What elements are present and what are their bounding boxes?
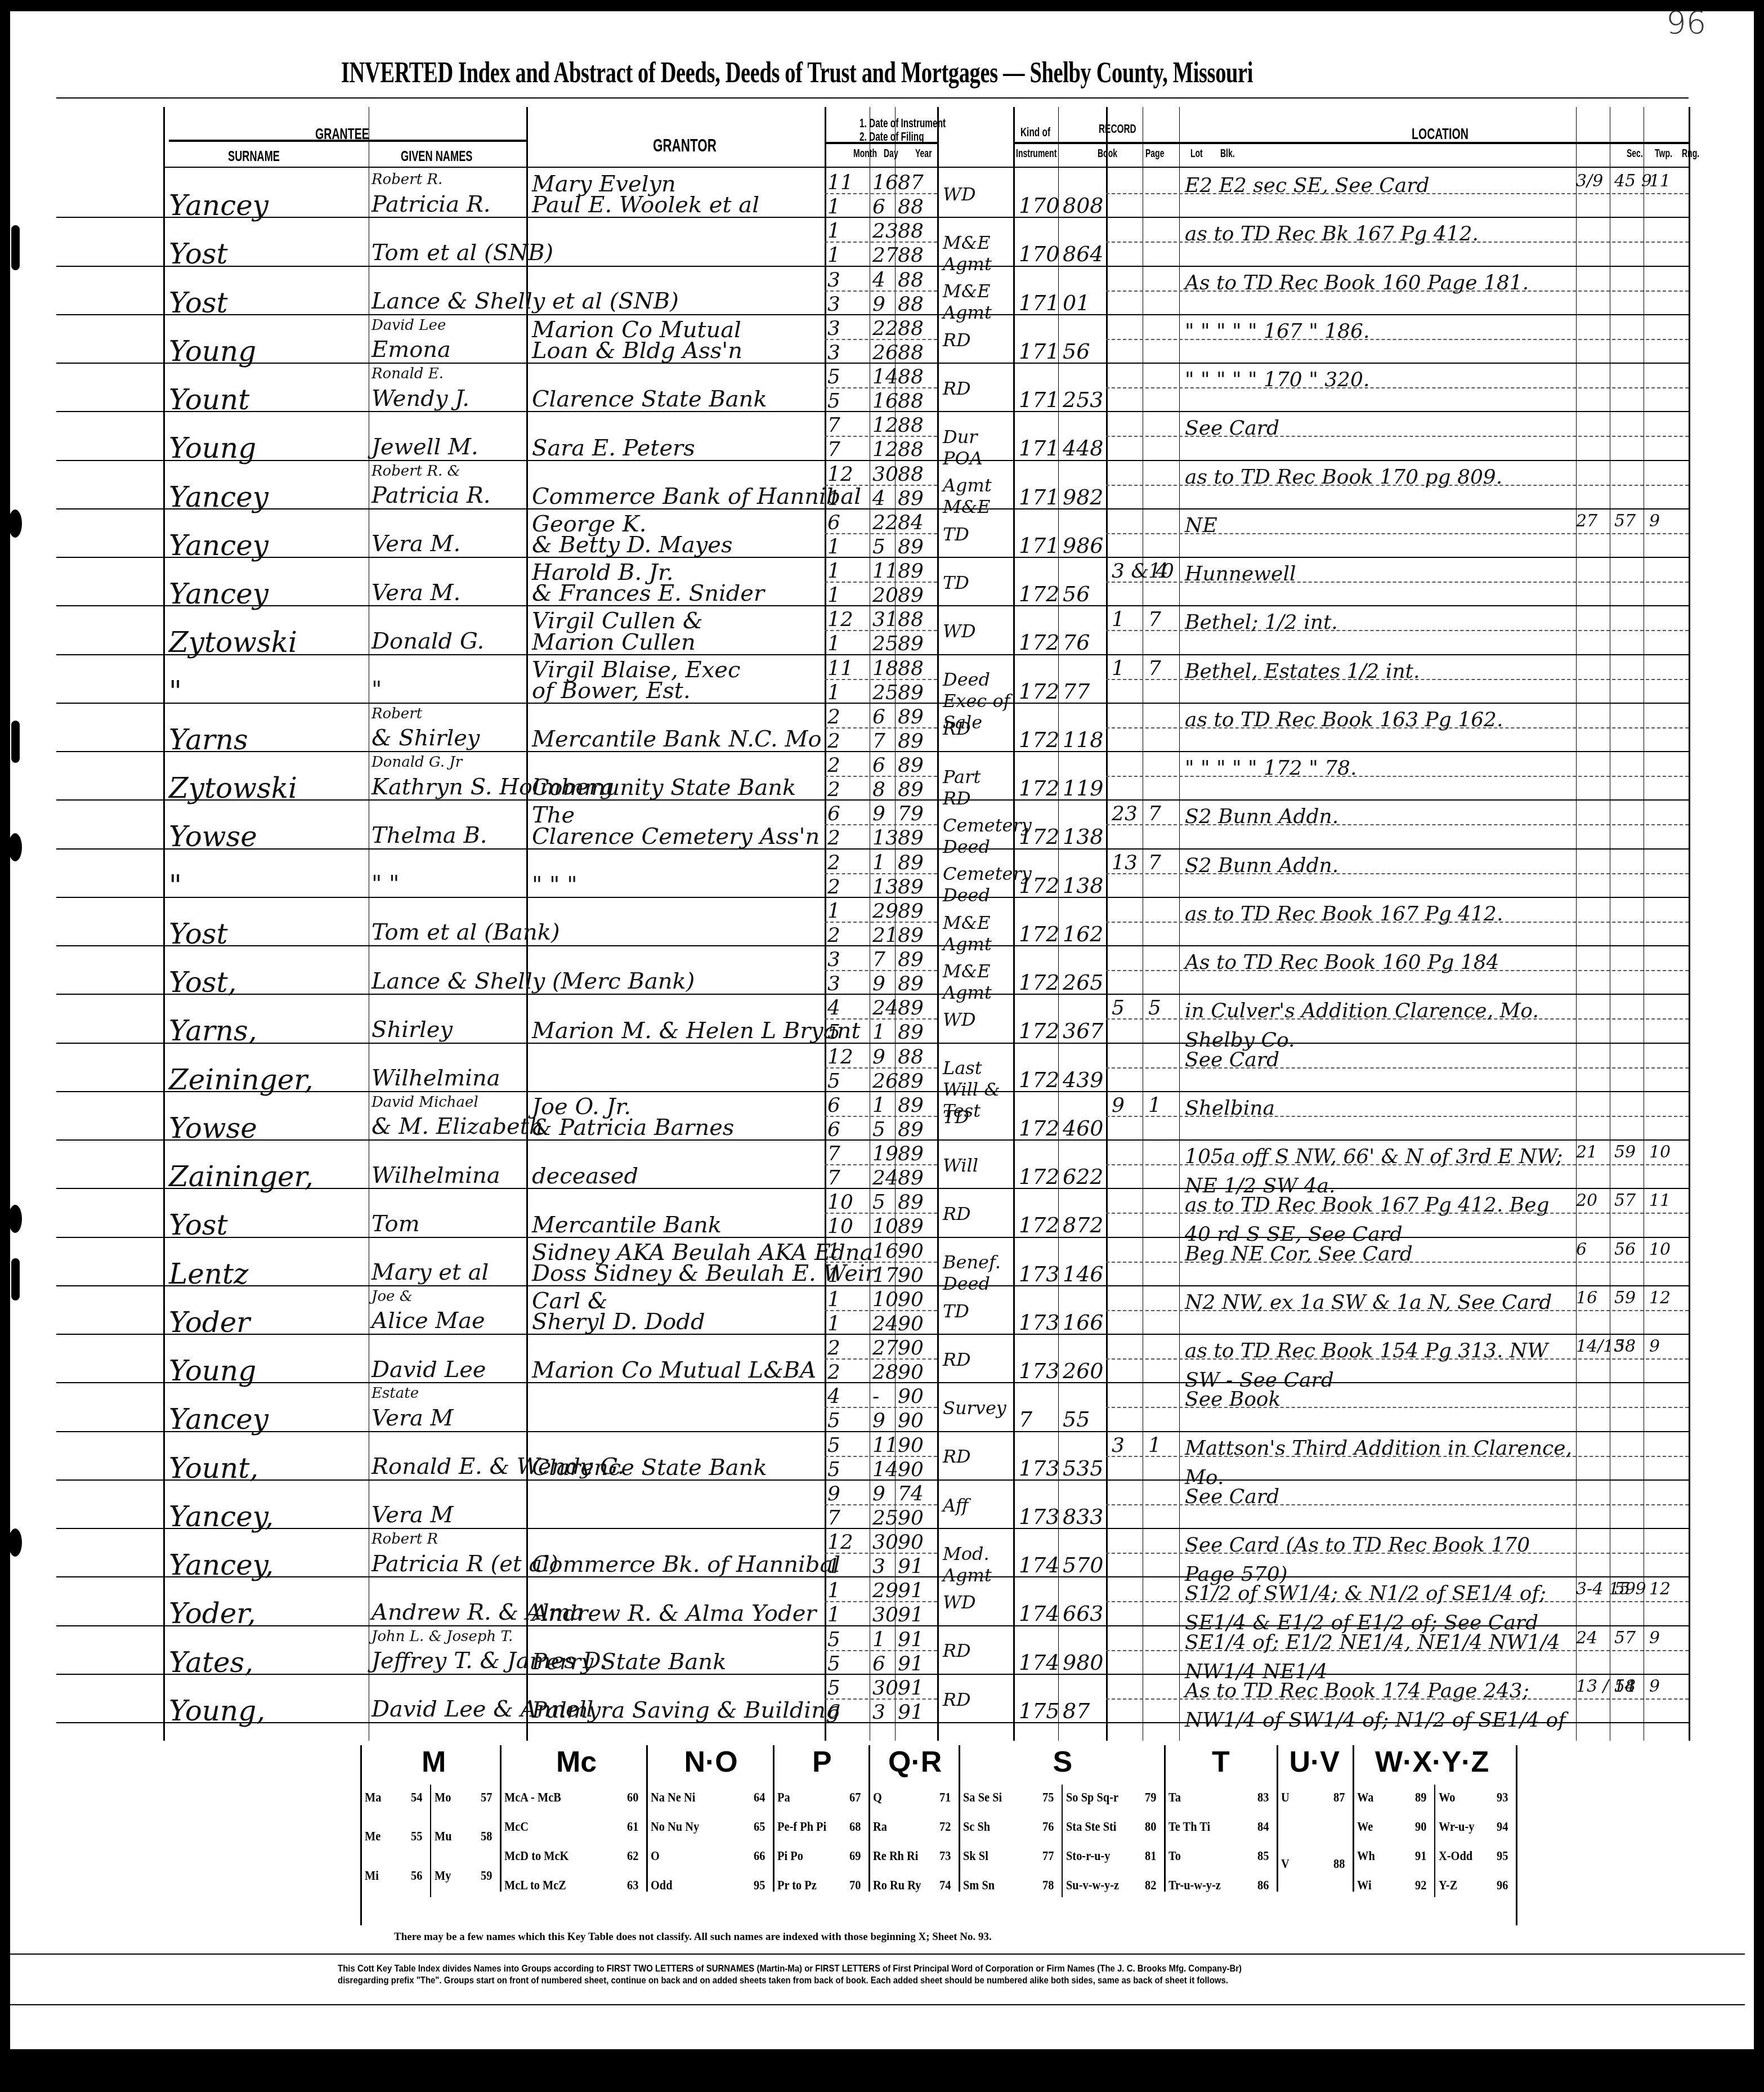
column-divider xyxy=(1013,107,1015,1741)
location-twp: 57 xyxy=(1614,1191,1636,1210)
key-group-letter: P xyxy=(812,1745,832,1779)
location-blk: 7 xyxy=(1148,851,1161,874)
key-cell-sheet-number: 57 xyxy=(481,1790,492,1805)
key-cell-sheet-number: 58 xyxy=(481,1829,492,1844)
date-instrument-day: 9 xyxy=(872,1482,885,1505)
header-date-line2: 2. Date of Filing xyxy=(859,129,924,144)
record-page: 56 xyxy=(1063,339,1090,364)
instrument-kind: Part RD xyxy=(943,766,1010,809)
location-twp: 59 xyxy=(1614,1142,1636,1162)
date-filing-day: 17 xyxy=(872,1264,898,1287)
date-filing-year: 89 xyxy=(898,584,924,607)
key-cell-range: We xyxy=(1357,1820,1373,1835)
date-instrument-year: 74 xyxy=(898,1482,924,1505)
record-page: 260 xyxy=(1063,1358,1104,1383)
grantee-given-names-above: David Michael xyxy=(371,1094,478,1111)
location-rng: 9 xyxy=(1649,511,1660,531)
location-description: See Card xyxy=(1185,1482,1573,1512)
date-instrument-month: 2 xyxy=(827,1336,840,1360)
date-filing-month: 5 xyxy=(827,1070,840,1093)
grantee-given-names: Patricia R (et al) xyxy=(371,1551,558,1577)
location-description: Beg NE Cor, See Card xyxy=(1185,1240,1573,1269)
record-page: 986 xyxy=(1063,533,1104,558)
location-sec: 20 xyxy=(1576,1191,1597,1210)
date-filing-month: 6 xyxy=(827,1118,840,1141)
record-page: 146 xyxy=(1063,1262,1104,1286)
date-filing-year: 90 xyxy=(898,1458,924,1481)
grantee-given-names: Vera M xyxy=(371,1405,454,1431)
header-blk: Blk. xyxy=(1220,147,1235,160)
date-filing-year: 88 xyxy=(898,438,924,461)
record-book: 172 xyxy=(1019,922,1060,946)
record-page: 663 xyxy=(1063,1601,1104,1626)
date-filing-year: 90 xyxy=(898,1507,924,1530)
date-filing-day: 10 xyxy=(872,1215,898,1238)
key-cell-range: Wr-u-y xyxy=(1439,1820,1474,1835)
grantee-surname: Yoder, xyxy=(169,1597,256,1630)
record-page: 833 xyxy=(1063,1504,1104,1529)
location-description: As to TD Rec Book 160 Page 181. xyxy=(1185,269,1573,298)
header-date-line1: 1. Date of Instrument xyxy=(859,116,946,131)
date-instrument-month: 9 xyxy=(827,1482,840,1505)
date-filing-month: 1 xyxy=(827,584,840,607)
date-instrument-month: 12 xyxy=(827,1045,853,1069)
grantee-given-names: Tom et al (Bank) xyxy=(371,919,560,945)
grantee-surname: Yost, xyxy=(169,966,236,999)
page-number: 96 xyxy=(1666,5,1706,41)
date-filing-day: 27 xyxy=(872,244,898,267)
location-description: As to TD Rec Book 160 Pg 184 xyxy=(1185,948,1573,977)
grantee-given-names: Wilhelmina xyxy=(371,1163,500,1188)
date-filing-month: 5 xyxy=(827,1021,840,1044)
date-instrument-day: 29 xyxy=(872,900,898,923)
key-cell-range: Ta xyxy=(1168,1790,1181,1805)
key-cell-range: X-Odd xyxy=(1439,1849,1472,1864)
record-page: 253 xyxy=(1063,387,1104,412)
grantee-surname: Young xyxy=(169,432,256,464)
instrument-kind: M&E Agmt xyxy=(943,960,1010,1003)
grantee-surname: Zytowski xyxy=(169,772,297,804)
key-cell-range: No Nu Ny xyxy=(651,1820,699,1835)
key-cell-range: Sa Se Si xyxy=(963,1790,1002,1805)
date-filing-day: 25 xyxy=(872,632,898,655)
date-filing-month: 2 xyxy=(827,1361,840,1384)
key-cell-sheet-number: 91 xyxy=(1415,1849,1426,1864)
grantee-given-names: Wendy J. xyxy=(371,386,469,412)
date-instrument-month: 2 xyxy=(827,705,840,728)
record-book: 172 xyxy=(1019,873,1060,898)
key-group-letter: W·X·Y·Z xyxy=(1375,1745,1489,1779)
key-cell-range: Mu xyxy=(435,1829,452,1844)
key-cell-sheet-number: 87 xyxy=(1333,1790,1345,1805)
instrument-kind: Cemetery Deed xyxy=(943,863,1010,906)
column-divider xyxy=(369,107,369,1741)
column-divider xyxy=(163,107,165,1741)
date-filing-day: 26 xyxy=(872,341,898,364)
location-description: S2 Bunn Addn. xyxy=(1185,802,1573,832)
date-filing-month: 3 xyxy=(827,341,840,364)
date-filing-day: 12 xyxy=(872,438,898,461)
date-instrument-month: 4 xyxy=(827,996,840,1020)
key-cell-sheet-number: 96 xyxy=(1497,1878,1508,1893)
record-page: 439 xyxy=(1063,1067,1104,1092)
date-filing-day: 16 xyxy=(872,390,898,413)
header-twp: Twp. xyxy=(1655,147,1672,160)
instrument-kind: TD xyxy=(943,1300,1010,1322)
date-filing-month: 7 xyxy=(827,1507,840,1530)
record-page: 56 xyxy=(1063,582,1090,606)
location-description: Bethel, Estates 1/2 int. xyxy=(1185,657,1573,686)
record-book: 7 xyxy=(1019,1407,1032,1432)
column-divider xyxy=(870,107,870,1741)
date-filing-month: 1 xyxy=(827,1312,840,1335)
key-cell-sheet-number: 75 xyxy=(1042,1790,1054,1805)
date-instrument-day: 9 xyxy=(872,1045,885,1069)
key-cell-range: McD to McK xyxy=(504,1849,568,1864)
key-cell-sheet-number: 68 xyxy=(849,1820,861,1835)
date-instrument-month: 12 xyxy=(827,1531,853,1554)
date-filing-day: 5 xyxy=(872,535,885,558)
date-filing-year: 88 xyxy=(898,341,924,364)
date-filing-month: 1 xyxy=(827,632,840,655)
date-filing-month: 7 xyxy=(827,1166,840,1190)
grantor-name: Marion Cullen xyxy=(532,629,696,655)
record-book: 174 xyxy=(1019,1553,1060,1577)
date-filing-month: 5 xyxy=(827,390,840,413)
date-instrument-year: 89 xyxy=(898,1094,924,1117)
location-lot: 1 xyxy=(1112,657,1125,680)
record-book: 171 xyxy=(1019,436,1060,461)
key-cell-range: To xyxy=(1168,1849,1181,1864)
key-table-divider xyxy=(1277,1745,1278,1892)
location-lot: 13 xyxy=(1112,851,1138,874)
column-divider xyxy=(1143,107,1143,1741)
date-instrument-day: 6 xyxy=(872,754,885,777)
header-given-names: GIVEN NAMES xyxy=(401,147,472,165)
grantee-surname: Yancey xyxy=(169,529,268,562)
instrument-kind: TD xyxy=(943,572,1010,593)
date-filing-month: 2 xyxy=(827,875,840,899)
location-twp: 59 xyxy=(1614,1288,1636,1308)
grantee-surname: Yancey xyxy=(169,189,268,222)
location-description: " " " " " 172 " 78. xyxy=(1185,754,1573,783)
record-page: 872 xyxy=(1063,1213,1104,1237)
date-instrument-month: 3 xyxy=(827,269,840,292)
record-book: 171 xyxy=(1019,387,1060,412)
instrument-kind: Aff xyxy=(943,1495,1010,1516)
date-filing-month: 2 xyxy=(827,826,840,850)
date-filing-day: 21 xyxy=(872,924,898,947)
instrument-kind: Survey xyxy=(943,1397,1010,1419)
date-instrument-year: 89 xyxy=(898,900,924,923)
record-page: 162 xyxy=(1063,922,1104,946)
location-rng: 9 xyxy=(1649,1677,1660,1696)
date-filing-day: 20 xyxy=(872,584,898,607)
instrument-kind: WD xyxy=(943,184,1010,205)
grantee-given-names: Alice Mae xyxy=(371,1308,485,1334)
date-filing-year: 89 xyxy=(898,535,924,558)
date-instrument-year: 91 xyxy=(898,1579,924,1602)
grantor-name: Clarence State Bank xyxy=(532,386,767,412)
key-cell-sheet-number: 66 xyxy=(754,1849,765,1864)
grantee-given-names: Vera M. xyxy=(371,580,460,606)
date-instrument-year: 90 xyxy=(898,1336,924,1360)
instrument-kind: WD xyxy=(943,1009,1010,1030)
location-blk: 10 xyxy=(1148,560,1174,583)
page-title: INVERTED Index and Abstract of Deeds, De… xyxy=(341,56,1253,90)
instrument-kind: RD xyxy=(943,1349,1010,1370)
grantee-surname: Yowse xyxy=(169,1112,257,1145)
date-filing-month: 1 xyxy=(827,487,840,510)
date-instrument-year: 84 xyxy=(898,511,924,534)
date-filing-day: 24 xyxy=(872,1312,898,1335)
location-blk: 7 xyxy=(1148,802,1161,825)
location-description: See Card xyxy=(1185,1045,1573,1075)
record-book: 172 xyxy=(1019,630,1060,655)
instrument-kind: Mod. Agmt xyxy=(943,1543,1010,1586)
key-cell-range: McC xyxy=(504,1820,529,1835)
footer-line-1: This Cott Key Table Index divides Names … xyxy=(338,1963,1242,1974)
record-book: 175 xyxy=(1019,1698,1060,1723)
instrument-kind: TD xyxy=(943,524,1010,545)
date-filing-year: 90 xyxy=(898,1312,924,1335)
key-cell-sheet-number: 70 xyxy=(849,1878,861,1893)
key-group-letter: T xyxy=(1212,1745,1230,1779)
grantor-name: Clarence State Bank xyxy=(532,1455,767,1481)
key-cell-range: O xyxy=(651,1849,660,1864)
key-subdivider xyxy=(1062,1785,1063,1897)
date-instrument-month: 5 xyxy=(827,365,840,388)
grantor-name: Marion Co Mutual L&BA xyxy=(532,1357,816,1383)
grantor-name: Mercantile Bank N.C. Mo xyxy=(532,726,822,752)
date-filing-month: 5 xyxy=(827,1652,840,1675)
date-instrument-day: 19 xyxy=(872,1142,898,1165)
grantee-surname: Yancey, xyxy=(169,1500,274,1533)
date-filing-year: 91 xyxy=(898,1555,924,1578)
date-instrument-month: 6 xyxy=(827,511,840,534)
binder-hole xyxy=(8,1205,22,1233)
date-filing-day: 4 xyxy=(872,487,885,510)
location-description: NE xyxy=(1185,511,1573,540)
date-instrument-year: 89 xyxy=(898,996,924,1020)
date-filing-month: 1 xyxy=(827,1555,840,1578)
date-instrument-day: 9 xyxy=(872,802,885,825)
key-cell-sheet-number: 64 xyxy=(754,1790,765,1805)
grantee-given-names-above: Robert R xyxy=(371,1531,438,1548)
date-instrument-month: 11 xyxy=(827,657,853,680)
grantee-given-names: Lance & Shelly (Merc Bank) xyxy=(371,968,687,994)
location-rng: 11 xyxy=(1649,171,1671,191)
key-table-divider xyxy=(773,1745,774,1892)
date-filing-year: 89 xyxy=(898,1021,924,1044)
key-cell-sheet-number: 83 xyxy=(1257,1790,1269,1805)
instrument-kind: RD xyxy=(943,378,1010,399)
location-twp: 56 xyxy=(1614,1240,1636,1259)
date-filing-month: 1 xyxy=(827,535,840,558)
column-divider xyxy=(1576,107,1577,1741)
key-cell-sheet-number: 74 xyxy=(939,1878,951,1893)
header-surname: SURNAME xyxy=(228,147,280,165)
record-page: 77 xyxy=(1063,679,1090,704)
grantee-surname: Young xyxy=(169,1355,256,1387)
grantor-name: & Patricia Barnes xyxy=(532,1115,734,1141)
record-page: 87 xyxy=(1063,1698,1090,1723)
header-rng: Rng. xyxy=(1682,147,1699,160)
grantee-given-names: & M. Elizabeth xyxy=(371,1114,544,1139)
key-cell-range: Sta Ste Sti xyxy=(1066,1820,1117,1835)
key-cell-sheet-number: 56 xyxy=(411,1869,422,1884)
record-page: 808 xyxy=(1063,193,1104,218)
key-cell-sheet-number: 60 xyxy=(627,1790,638,1805)
key-cell-sheet-number: 84 xyxy=(1257,1820,1269,1835)
date-filing-year: 89 xyxy=(898,972,924,995)
date-instrument-year: 88 xyxy=(898,317,924,340)
record-page: 982 xyxy=(1063,485,1104,509)
record-book: 174 xyxy=(1019,1601,1060,1626)
key-cell-range: Wi xyxy=(1357,1878,1372,1893)
grantee-surname: Yost xyxy=(169,918,228,950)
key-cell-sheet-number: 71 xyxy=(939,1790,951,1805)
record-page: 55 xyxy=(1063,1407,1090,1432)
header-grantee: GRANTEE xyxy=(315,125,369,143)
date-instrument-year: 91 xyxy=(898,1628,924,1651)
key-cell-sheet-number: 73 xyxy=(939,1849,951,1864)
grantor-name: Marion M. & Helen L Bryant xyxy=(532,1018,861,1044)
key-subdivider xyxy=(1434,1785,1435,1897)
date-filing-day: 6 xyxy=(872,1652,885,1675)
date-instrument-year: 89 xyxy=(898,1191,924,1214)
instrument-kind: Agmt M&E xyxy=(943,475,1010,517)
key-cell-range: So Sp Sq-r xyxy=(1066,1790,1118,1805)
grantee-surname: Yates, xyxy=(169,1646,253,1679)
key-cell-sheet-number: 89 xyxy=(1415,1790,1426,1805)
key-table-divider xyxy=(959,1745,960,1892)
key-table-divider xyxy=(1516,1745,1517,1925)
date-filing-month: 6 xyxy=(827,1701,840,1724)
key-group-letter: S xyxy=(1053,1745,1073,1779)
date-instrument-month: 5 xyxy=(827,1628,840,1651)
grantee-given-names: David Lee xyxy=(371,1357,486,1383)
date-filing-month: 2 xyxy=(827,924,840,947)
key-cell-range: Me xyxy=(365,1829,380,1844)
binder-hole-slot xyxy=(11,225,20,270)
grantee-given-names: Emona xyxy=(371,337,451,363)
date-filing-month: 1 xyxy=(827,681,840,704)
date-instrument-year: 90 xyxy=(898,1288,924,1311)
instrument-kind: WD xyxy=(943,1592,1010,1613)
key-cell-range: Te Th Ti xyxy=(1168,1820,1210,1835)
key-group-letter: M xyxy=(422,1745,446,1779)
key-cell-range: Sc Sh xyxy=(963,1820,990,1835)
header-bottom-rule xyxy=(163,167,1689,168)
grantee-surname: Young, xyxy=(169,1695,265,1727)
date-instrument-month: 1 xyxy=(827,1240,840,1263)
grantor-name: Commerce Bk. of Hannibal xyxy=(532,1552,840,1577)
key-cell-range: Wh xyxy=(1357,1849,1375,1864)
date-instrument-day: 7 xyxy=(872,948,885,971)
grantor-name: Loan & Bldg Ass'n xyxy=(532,338,742,364)
grantor-name: Doss Sidney & Beulah E. Weir xyxy=(532,1260,876,1286)
date-instrument-year: 89 xyxy=(898,705,924,728)
binder-hole xyxy=(8,509,22,538)
date-filing-month: 5 xyxy=(827,1409,840,1432)
date-instrument-month: 3 xyxy=(827,317,840,340)
record-page: 265 xyxy=(1063,970,1104,995)
column-divider xyxy=(937,107,939,1741)
record-book: 173 xyxy=(1019,1504,1060,1529)
date-instrument-month: 4 xyxy=(827,1385,840,1408)
grantee-given-names: Thelma B. xyxy=(371,823,487,848)
grantee-given-names-above: John L. & Joseph T. xyxy=(371,1628,513,1645)
date-filing-month: 10 xyxy=(827,1215,853,1238)
date-filing-month: 1 xyxy=(827,1603,840,1626)
date-filing-day: 25 xyxy=(872,681,898,704)
location-twp: 59 xyxy=(1614,1579,1636,1599)
header-location: LOCATION xyxy=(1412,125,1468,143)
record-page: 448 xyxy=(1063,436,1104,461)
record-book: 173 xyxy=(1019,1262,1060,1286)
location-blk: 1 xyxy=(1148,1434,1161,1457)
date-filing-year: 89 xyxy=(898,924,924,947)
record-book: 172 xyxy=(1019,1164,1060,1189)
key-cell-sheet-number: 76 xyxy=(1042,1820,1054,1835)
date-instrument-day: 4 xyxy=(872,269,885,292)
binder-hole-slot xyxy=(11,1258,20,1300)
grantor-name: " " " xyxy=(532,872,577,898)
key-cell-range: McL to McZ xyxy=(504,1878,566,1893)
date-filing-month: 7 xyxy=(827,438,840,461)
record-book: 172 xyxy=(1019,1116,1060,1141)
grantor-name: deceased xyxy=(532,1163,638,1189)
date-instrument-month: 7 xyxy=(827,1142,840,1165)
grantee-surname: " xyxy=(169,675,182,708)
location-blk: 7 xyxy=(1148,657,1161,680)
instrument-kind: RD xyxy=(943,718,1010,739)
header-grantor: GRANTOR xyxy=(653,135,717,156)
date-instrument-day: 22 xyxy=(872,511,898,534)
key-table-divider xyxy=(1353,1745,1354,1892)
location-rng: 12 xyxy=(1649,1288,1671,1308)
location-description: as to TD Rec Book 167 Pg 412. xyxy=(1185,900,1573,929)
record-book: 172 xyxy=(1019,1213,1060,1237)
date-instrument-year: 90 xyxy=(898,1385,924,1408)
record-page: 864 xyxy=(1063,242,1104,266)
location-description: as to TD Rec Bk 167 Pg 412. xyxy=(1185,220,1573,249)
date-filing-day: 7 xyxy=(872,730,885,753)
key-table-left-border xyxy=(360,1745,362,1925)
record-book: 172 xyxy=(1019,582,1060,606)
column-divider xyxy=(1610,107,1610,1741)
record-page: 166 xyxy=(1063,1310,1104,1335)
date-filing-day: 1 xyxy=(872,1021,885,1044)
date-instrument-day: 23 xyxy=(872,220,898,243)
key-cell-sheet-number: 59 xyxy=(481,1869,492,1884)
location-description: " " " " " 167 " 186. xyxy=(1185,317,1573,346)
key-cell-sheet-number: 80 xyxy=(1145,1820,1156,1835)
instrument-kind: RD xyxy=(943,1203,1010,1224)
key-cell-range: Pi Po xyxy=(777,1849,803,1864)
date-filing-year: 89 xyxy=(898,730,924,753)
key-cell-sheet-number: 78 xyxy=(1042,1878,1054,1893)
grantee-surname: " xyxy=(169,869,182,902)
grantee-surname: Yarns xyxy=(169,723,248,756)
binder-hole xyxy=(8,1528,22,1557)
key-cell-sheet-number: 93 xyxy=(1497,1790,1508,1805)
location-blk: 5 xyxy=(1148,996,1161,1020)
header-year: Year xyxy=(915,147,932,160)
date-filing-month: 1 xyxy=(827,1264,840,1287)
grantee-given-names-above: Estate xyxy=(371,1385,419,1402)
